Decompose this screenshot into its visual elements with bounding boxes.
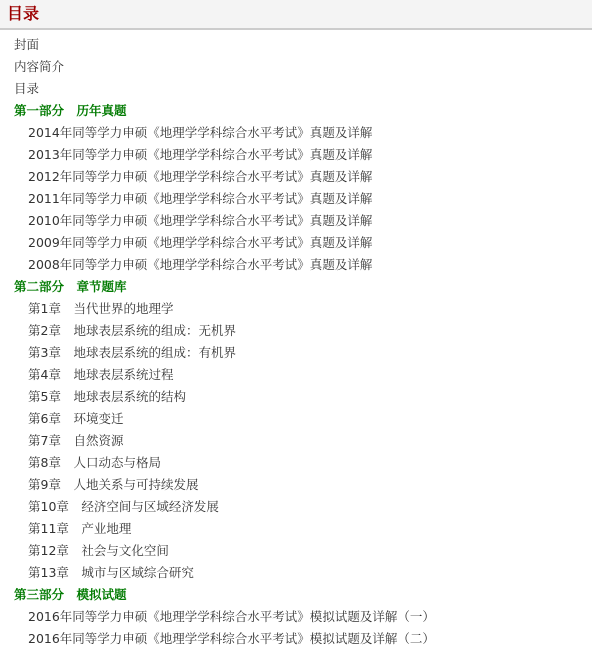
toc-entry[interactable]: 2016年同等学力申硕《地理学学科综合水平考试》模拟试题及详解（二） (0, 628, 592, 650)
toc-entry[interactable]: 封面 (0, 34, 592, 56)
toc-entry[interactable]: 内容简介 (0, 56, 592, 78)
toc-entry[interactable]: 第4章 地球表层系统过程 (0, 364, 592, 386)
toc-entry[interactable]: 2011年同等学力申硕《地理学学科综合水平考试》真题及详解 (0, 188, 592, 210)
toc-list: 封面内容简介目录第一部分 历年真题2014年同等学力申硕《地理学学科综合水平考试… (0, 30, 592, 650)
toc-section-heading[interactable]: 第三部分 模拟试题 (0, 584, 592, 606)
toc-entry[interactable]: 第12章 社会与文化空间 (0, 540, 592, 562)
toc-entry[interactable]: 目录 (0, 78, 592, 100)
toc-entry[interactable]: 2012年同等学力申硕《地理学学科综合水平考试》真题及详解 (0, 166, 592, 188)
toc-entry[interactable]: 第6章 环境变迁 (0, 408, 592, 430)
toc-entry[interactable]: 第5章 地球表层系统的结构 (0, 386, 592, 408)
toc-section-heading[interactable]: 第一部分 历年真题 (0, 100, 592, 122)
toc-entry[interactable]: 2016年同等学力申硕《地理学学科综合水平考试》模拟试题及详解（一） (0, 606, 592, 628)
toc-entry[interactable]: 第2章 地球表层系统的组成：无机界 (0, 320, 592, 342)
toc-entry[interactable]: 2014年同等学力申硕《地理学学科综合水平考试》真题及详解 (0, 122, 592, 144)
toc-entry[interactable]: 2013年同等学力申硕《地理学学科综合水平考试》真题及详解 (0, 144, 592, 166)
toc-entry[interactable]: 第3章 地球表层系统的组成：有机界 (0, 342, 592, 364)
toc-page: 目录 封面内容简介目录第一部分 历年真题2014年同等学力申硕《地理学学科综合水… (0, 0, 592, 659)
toc-entry[interactable]: 第9章 人地关系与可持续发展 (0, 474, 592, 496)
toc-entry[interactable]: 第7章 自然资源 (0, 430, 592, 452)
toc-entry[interactable]: 第13章 城市与区域综合研究 (0, 562, 592, 584)
toc-section-heading[interactable]: 第二部分 章节题库 (0, 276, 592, 298)
toc-entry[interactable]: 第10章 经济空间与区域经济发展 (0, 496, 592, 518)
toc-entry[interactable]: 2008年同等学力申硕《地理学学科综合水平考试》真题及详解 (0, 254, 592, 276)
toc-entry[interactable]: 第8章 人口动态与格局 (0, 452, 592, 474)
toc-entry[interactable]: 第11章 产业地理 (0, 518, 592, 540)
toc-header: 目录 (0, 0, 592, 30)
page-title: 目录 (7, 6, 39, 22)
toc-entry[interactable]: 2009年同等学力申硕《地理学学科综合水平考试》真题及详解 (0, 232, 592, 254)
toc-entry[interactable]: 第1章 当代世界的地理学 (0, 298, 592, 320)
toc-entry[interactable]: 2010年同等学力申硕《地理学学科综合水平考试》真题及详解 (0, 210, 592, 232)
